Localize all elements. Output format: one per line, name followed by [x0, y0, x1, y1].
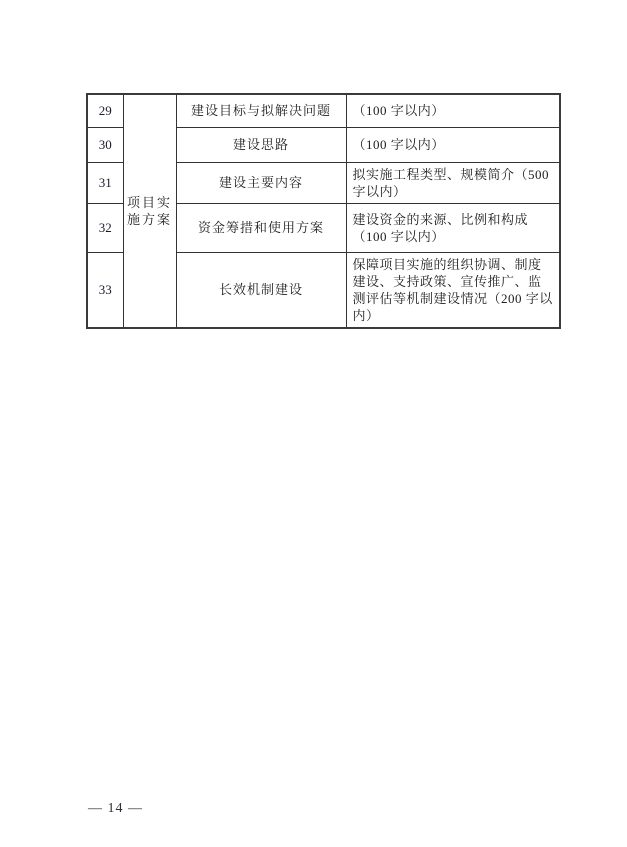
description-cell: 保障项目实施的组织协调、制度建设、支持政策、宣传推广、监测评估等机制建设情况（2… [346, 252, 560, 328]
row-number-cell: 29 [87, 94, 123, 127]
document-page: 29 项目实施方案 建设目标与拟解决问题 （100 字以内） 30 建设思路 （… [0, 0, 627, 847]
table-row: 29 项目实施方案 建设目标与拟解决问题 （100 字以内） [87, 94, 560, 127]
application-form-table: 29 项目实施方案 建设目标与拟解决问题 （100 字以内） 30 建设思路 （… [86, 93, 561, 329]
item-name-cell: 建设目标与拟解决问题 [176, 94, 346, 127]
row-number-cell: 32 [87, 203, 123, 252]
category-cell: 项目实施方案 [123, 94, 176, 328]
page-number: — 14 — [88, 801, 143, 817]
item-name-cell: 建设思路 [176, 127, 346, 162]
description-cell: （100 字以内） [346, 94, 560, 127]
description-cell: （100 字以内） [346, 127, 560, 162]
description-cell: 建设资金的来源、比例和构成（100 字以内） [346, 203, 560, 252]
description-cell: 拟实施工程类型、规模简介（500 字以内） [346, 162, 560, 203]
row-number-cell: 33 [87, 252, 123, 328]
item-name-cell: 建设主要内容 [176, 162, 346, 203]
row-number-cell: 31 [87, 162, 123, 203]
item-name-cell: 资金筹措和使用方案 [176, 203, 346, 252]
item-name-cell: 长效机制建设 [176, 252, 346, 328]
row-number-cell: 30 [87, 127, 123, 162]
